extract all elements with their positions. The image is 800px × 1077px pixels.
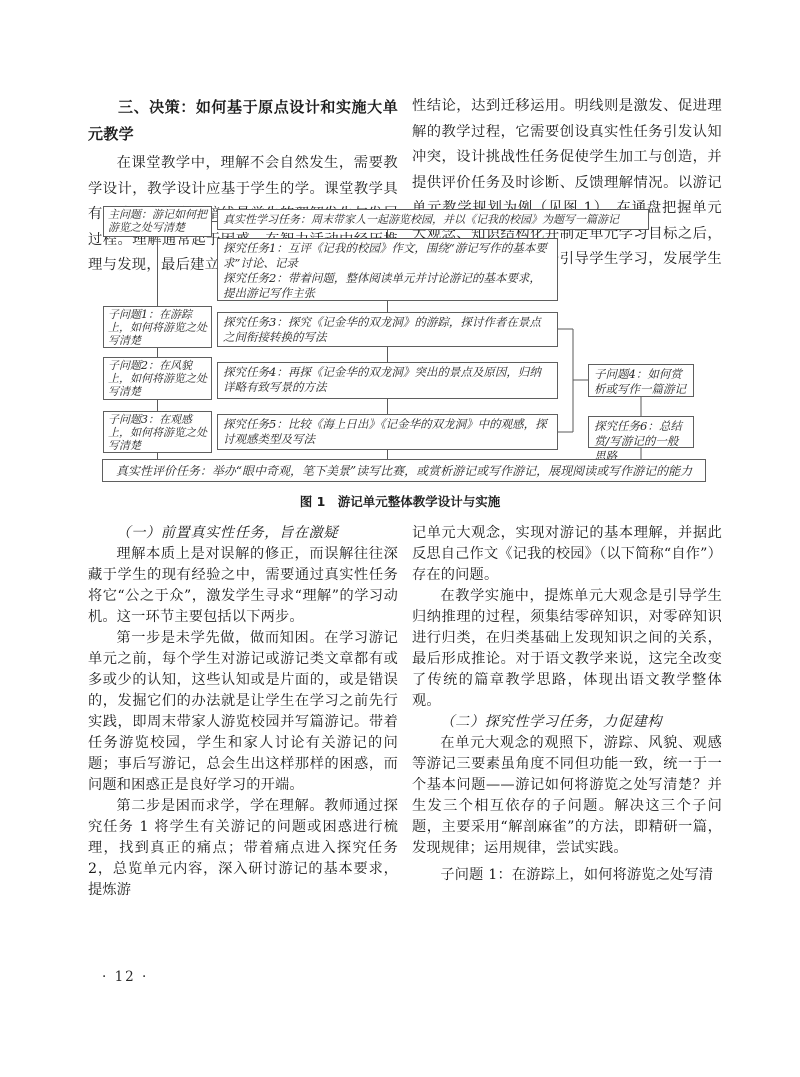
paragraph: 在单元大观念的观照下，游踪、风貌、观感等游记三要素虽角度不同但功能一致，统一于一… (412, 733, 722, 859)
box-task-3: 探究任务3：探究《记金华的双龙洞》的游踪，探讨作者在景点之间衔接转换的写法 (217, 312, 558, 347)
section-heading: 三、决策：如何基于原点设计和实施大单元教学 (88, 94, 398, 148)
subheading-2: （二）探究性学习任务，力促建构 (412, 712, 722, 733)
paragraph: 理解本质上是对误解的修正，而误解往往深藏于学生的现有经验之中，需要通过真实性任务… (88, 544, 398, 628)
paragraph: 记单元大观念，实现对游记的基本理解，并据此反思自己作文《记我的校园》（以下简称“… (412, 523, 722, 586)
paragraph: 第一步是未学先做，做而知困。在学习游记单元之前，每个学生对游记或游记类文章都有或… (88, 628, 398, 796)
box-authentic-learning-task: 真实性学习任务：周末带家人一起游览校园，并以《记我的校园》为题写一篇游记 (217, 209, 649, 230)
box-task-4: 探究任务4：再探《记金华的双龙洞》突出的景点及原因，归纳详略有致写景的方法 (217, 362, 558, 399)
paragraph: 第二步是困而求学，学在理解。教师通过探究任务 1 将学生有关游记的问题或困惑进行… (88, 796, 398, 901)
subheading-1: （一）前置真实性任务，旨在激疑 (88, 523, 398, 544)
top-left-column: 三、决策：如何基于原点设计和实施大单元教学 在课堂教学中，理解不会自然发生，需要… (88, 94, 398, 200)
document-page: 三、决策：如何基于原点设计和实施大单元教学 在课堂教学中，理解不会自然发生，需要… (0, 0, 800, 1077)
top-text-section: 三、决策：如何基于原点设计和实施大单元教学 在课堂教学中，理解不会自然发生，需要… (0, 0, 800, 200)
box-task-1-2: 探究任务1：互评《记我的校园》作文，围绕“游记写作的基本要求”讨论、记录 探究任… (217, 238, 558, 301)
box-sub-question-4: 子问题4：如何赏析或写作一篇游记 (588, 364, 694, 397)
paragraph: 子问题 1：在游踪上，如何将游览之处写清 (412, 865, 722, 886)
box-sub-question-3: 子问题3：在观感上，如何将游览之处写清楚 (103, 411, 212, 453)
box-task-6: 探究任务6：总结赏/写游记的一般思路 (588, 416, 694, 448)
box-sub-question-1: 子问题1：在游踪上，如何将游览之处写清楚 (103, 306, 212, 348)
figure-caption: 图 1 游记单元整体教学设计与实施 (0, 494, 800, 510)
figure-1-diagram: 主问题：游记如何把游览之处写清楚 真实性学习任务：周末带家人一起游览校园，并以《… (0, 200, 800, 488)
box-main-question: 主问题：游记如何把游览之处写清楚 (103, 206, 212, 237)
box-task-5: 探究任务5：比较《海上日出》《记金华的双龙洞》中的观感，探讨观感类型及写法 (217, 414, 558, 450)
bottom-left-column: （一）前置真实性任务，旨在激疑 理解本质上是对误解的修正，而误解往往深藏于学生的… (88, 523, 398, 901)
task-2-text: 探究任务2：带着问题，整体阅读单元并讨论游记的基本要求，提出游记写作主张 (223, 271, 552, 301)
bottom-right-column: 记单元大观念，实现对游记的基本理解，并据此反思自己作文《记我的校园》（以下简称“… (412, 523, 722, 901)
task-1-text: 探究任务1：互评《记我的校园》作文，围绕“游记写作的基本要求”讨论、记录 (223, 241, 552, 271)
box-evaluation-task: 真实性评价任务：举办“眼中奇观，笔下美景”读写比赛，或赏析游记或写作游记，展现阅… (102, 459, 706, 482)
paragraph: 在教学实施中，提炼单元大观念是引导学生归纳推理的过程，须集结零碎知识，对零碎知识… (412, 586, 722, 712)
page-number: · 12 · (102, 969, 148, 985)
top-right-column: 性结论，达到迁移运用。明线则是激发、促进理解的教学过程，它需要创设真实性任务引发… (412, 94, 722, 200)
bottom-text-section: （一）前置真实性任务，旨在激疑 理解本质上是对误解的修正，而误解往往深藏于学生的… (0, 523, 800, 901)
box-sub-question-2: 子问题2：在风貌上，如何将游览之处写清楚 (103, 357, 212, 400)
